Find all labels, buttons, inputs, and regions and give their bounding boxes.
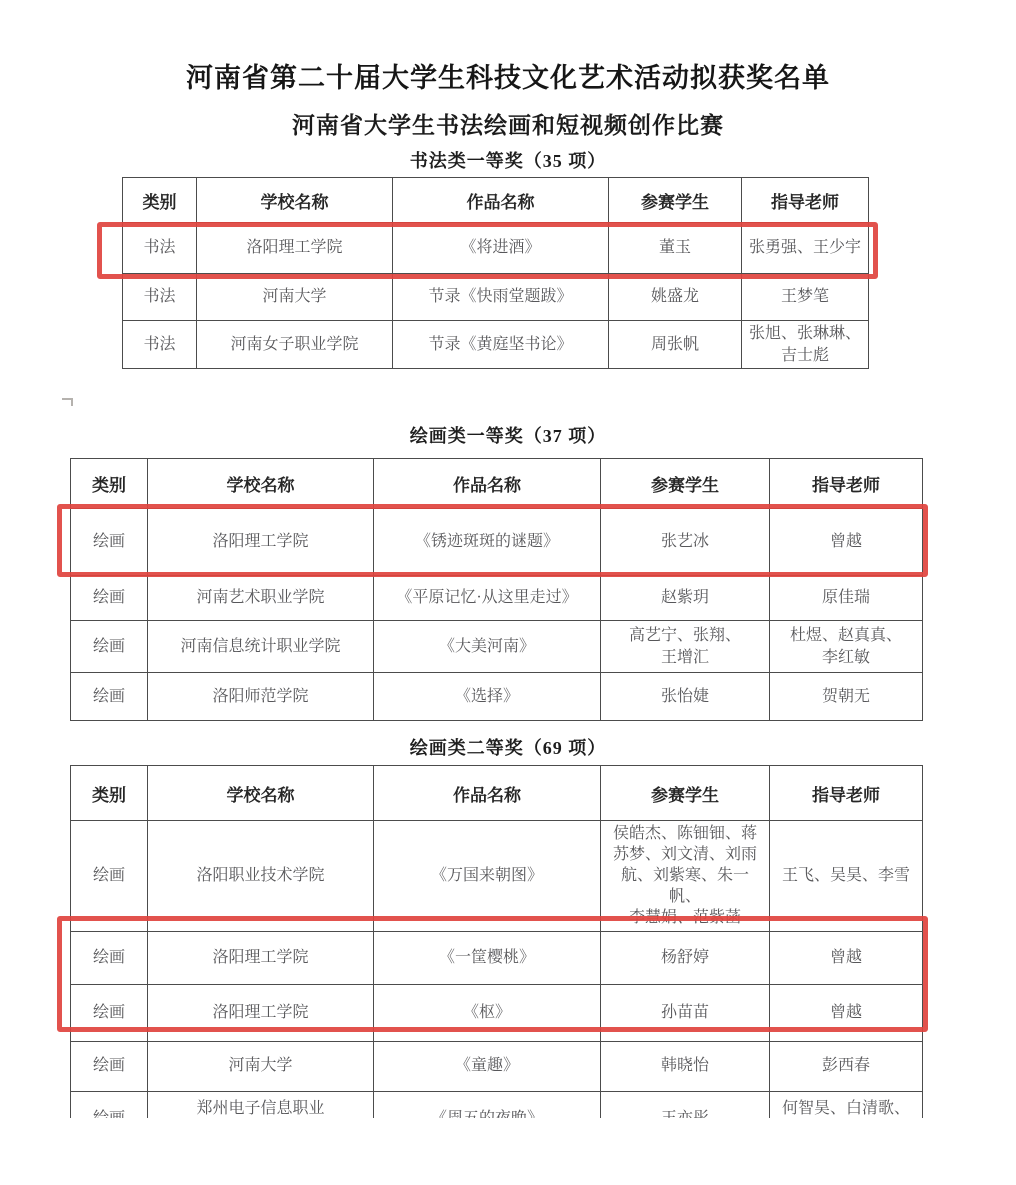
cell-school: 洛阳理工学院 [148,931,374,984]
table-row: 绘画河南信息统计职业学院《大美河南》高艺宁、张翔、 王增汇杜煜、赵真真、 李红敏 [71,621,923,673]
table-row: 绘画洛阳师范学院《选择》张怡婕贺朝无 [71,673,923,721]
cell-category: 绘画 [71,1091,148,1118]
cell-school: 河南大学 [197,274,393,321]
cell-students: 张艺冰 [601,509,770,576]
cell-students: 王亦彤 [601,1091,770,1118]
table-row-highlighted: 绘画洛阳理工学院《一筐樱桃》杨舒婷曾越 [71,931,923,984]
column-header-2: 作品名称 [374,459,601,509]
cell-work: 节录《快雨堂题跋》 [393,274,609,321]
table-row: 绘画郑州电子信息职业 技术学院《周五的夜晚》王亦彤何智昊、白清歌、 田红娟 [71,1091,923,1118]
cell-category: 绘画 [71,984,148,1041]
column-header-1: 学校名称 [148,459,374,509]
cell-students: 董玉 [609,223,742,274]
cell-school: 郑州电子信息职业 技术学院 [148,1091,374,1118]
cell-teachers: 曾越 [770,931,923,984]
cell-school: 河南艺术职业学院 [148,576,374,621]
cell-category: 绘画 [71,673,148,721]
cell-students: 张怡婕 [601,673,770,721]
cell-teachers: 曾越 [770,984,923,1041]
table-row: 绘画洛阳职业技术学院《万国来朝图》侯皓杰、陈钿钿、蒋 苏梦、刘文清、刘雨 航、刘… [71,821,923,932]
cell-category: 绘画 [71,509,148,576]
cell-school: 河南大学 [148,1041,374,1091]
cell-students: 孙苗苗 [601,984,770,1041]
cell-work: 《大美河南》 [374,621,601,673]
cell-work: 《枢》 [374,984,601,1041]
cell-students: 周张帆 [609,321,742,369]
table-wrap-calligraphy-first-prize: 类别学校名称作品名称参赛学生指导老师书法洛阳理工学院《将进酒》董玉张勇强、王少宇… [122,177,869,369]
cell-teachers: 王梦笔 [742,274,869,321]
cell-work: 《将进酒》 [393,223,609,274]
table-wrap-painting-second-prize: 类别学校名称作品名称参赛学生指导老师绘画洛阳职业技术学院《万国来朝图》侯皓杰、陈… [70,765,923,1118]
document-page: 河南省第二十届大学生科技文化艺术活动拟获奖名单 河南省大学生书法绘画和短视频创作… [0,0,1016,1185]
cell-students: 姚盛龙 [609,274,742,321]
cell-students: 杨舒婷 [601,931,770,984]
table-row: 书法河南大学节录《快雨堂题跋》姚盛龙王梦笔 [123,274,869,321]
table-row: 绘画河南大学《童趣》韩晓怡彭西春 [71,1041,923,1091]
cell-school: 洛阳理工学院 [148,984,374,1041]
cell-teachers: 贺朝无 [770,673,923,721]
document-subtitle: 河南省大学生书法绘画和短视频创作比赛 [0,107,1016,140]
table-painting-second-prize: 类别学校名称作品名称参赛学生指导老师绘画洛阳职业技术学院《万国来朝图》侯皓杰、陈… [70,765,923,1118]
column-header-0: 类别 [71,766,148,821]
cell-teachers: 曾越 [770,509,923,576]
table-row-highlighted: 书法洛阳理工学院《将进酒》董玉张勇强、王少宇 [123,223,869,274]
column-header-2: 作品名称 [374,766,601,821]
cell-teachers: 张旭、张琳琳、 吉士彪 [742,321,869,369]
section-heading-painting-first-prize: 绘画类一等奖（37 项） [0,422,1016,448]
document-title: 河南省第二十届大学生科技文化艺术活动拟获奖名单 [0,56,1016,95]
cell-work: 《选择》 [374,673,601,721]
cell-school: 河南女子职业学院 [197,321,393,369]
column-header-2: 作品名称 [393,178,609,223]
cell-work: 《周五的夜晚》 [374,1091,601,1118]
cell-school: 河南信息统计职业学院 [148,621,374,673]
cell-work: 《锈迹斑斑的谜题》 [374,509,601,576]
cell-teachers: 彭西春 [770,1041,923,1091]
cell-work: 《童趣》 [374,1041,601,1091]
column-header-4: 指导老师 [742,178,869,223]
cell-teachers: 张勇强、王少宇 [742,223,869,274]
cell-students: 侯皓杰、陈钿钿、蒋 苏梦、刘文清、刘雨 航、刘紫寒、朱一帆、 李慧娟、范紫菡 [601,821,770,932]
cell-teachers: 原佳瑞 [770,576,923,621]
cell-school: 洛阳师范学院 [148,673,374,721]
cell-teachers: 王飞、吴昊、李雪 [770,821,923,932]
table-row: 绘画河南艺术职业学院《平原记忆·从这里走过》赵紫玥原佳瑞 [71,576,923,621]
scan-artifact-mark [62,398,73,406]
table-wrap-painting-first-prize: 类别学校名称作品名称参赛学生指导老师绘画洛阳理工学院《锈迹斑斑的谜题》张艺冰曾越… [70,458,923,721]
cell-students: 韩晓怡 [601,1041,770,1091]
cell-teachers: 杜煜、赵真真、 李红敏 [770,621,923,673]
column-header-1: 学校名称 [148,766,374,821]
cell-school: 洛阳职业技术学院 [148,821,374,932]
table-header-row: 类别学校名称作品名称参赛学生指导老师 [71,766,923,821]
column-header-1: 学校名称 [197,178,393,223]
cell-category: 绘画 [71,821,148,932]
cell-work: 《万国来朝图》 [374,821,601,932]
cell-students: 赵紫玥 [601,576,770,621]
column-header-4: 指导老师 [770,766,923,821]
column-header-0: 类别 [123,178,197,223]
table-row: 书法河南女子职业学院节录《黄庭坚书论》周张帆张旭、张琳琳、 吉士彪 [123,321,869,369]
table-calligraphy-first-prize: 类别学校名称作品名称参赛学生指导老师书法洛阳理工学院《将进酒》董玉张勇强、王少宇… [122,177,869,369]
column-header-3: 参赛学生 [601,766,770,821]
section-heading-painting-second-prize: 绘画类二等奖（69 项） [0,734,1016,760]
column-header-4: 指导老师 [770,459,923,509]
table-header-row: 类别学校名称作品名称参赛学生指导老师 [71,459,923,509]
column-header-3: 参赛学生 [609,178,742,223]
section-heading-calligraphy-first-prize: 书法类一等奖（35 项） [0,147,1016,173]
cell-category: 绘画 [71,1041,148,1091]
cell-school: 洛阳理工学院 [148,509,374,576]
cell-work: 《平原记忆·从这里走过》 [374,576,601,621]
cell-school: 洛阳理工学院 [197,223,393,274]
table-row-highlighted: 绘画洛阳理工学院《锈迹斑斑的谜题》张艺冰曾越 [71,509,923,576]
cell-category: 书法 [123,274,197,321]
cell-category: 绘画 [71,576,148,621]
cell-category: 绘画 [71,931,148,984]
table-painting-first-prize: 类别学校名称作品名称参赛学生指导老师绘画洛阳理工学院《锈迹斑斑的谜题》张艺冰曾越… [70,458,923,721]
table-header-row: 类别学校名称作品名称参赛学生指导老师 [123,178,869,223]
cell-category: 绘画 [71,621,148,673]
cell-students: 高艺宁、张翔、 王增汇 [601,621,770,673]
cell-category: 书法 [123,321,197,369]
cell-category: 书法 [123,223,197,274]
column-header-3: 参赛学生 [601,459,770,509]
table-row-highlighted: 绘画洛阳理工学院《枢》孙苗苗曾越 [71,984,923,1041]
column-header-0: 类别 [71,459,148,509]
cell-teachers: 何智昊、白清歌、 田红娟 [770,1091,923,1118]
cell-work: 《一筐樱桃》 [374,931,601,984]
cell-work: 节录《黄庭坚书论》 [393,321,609,369]
